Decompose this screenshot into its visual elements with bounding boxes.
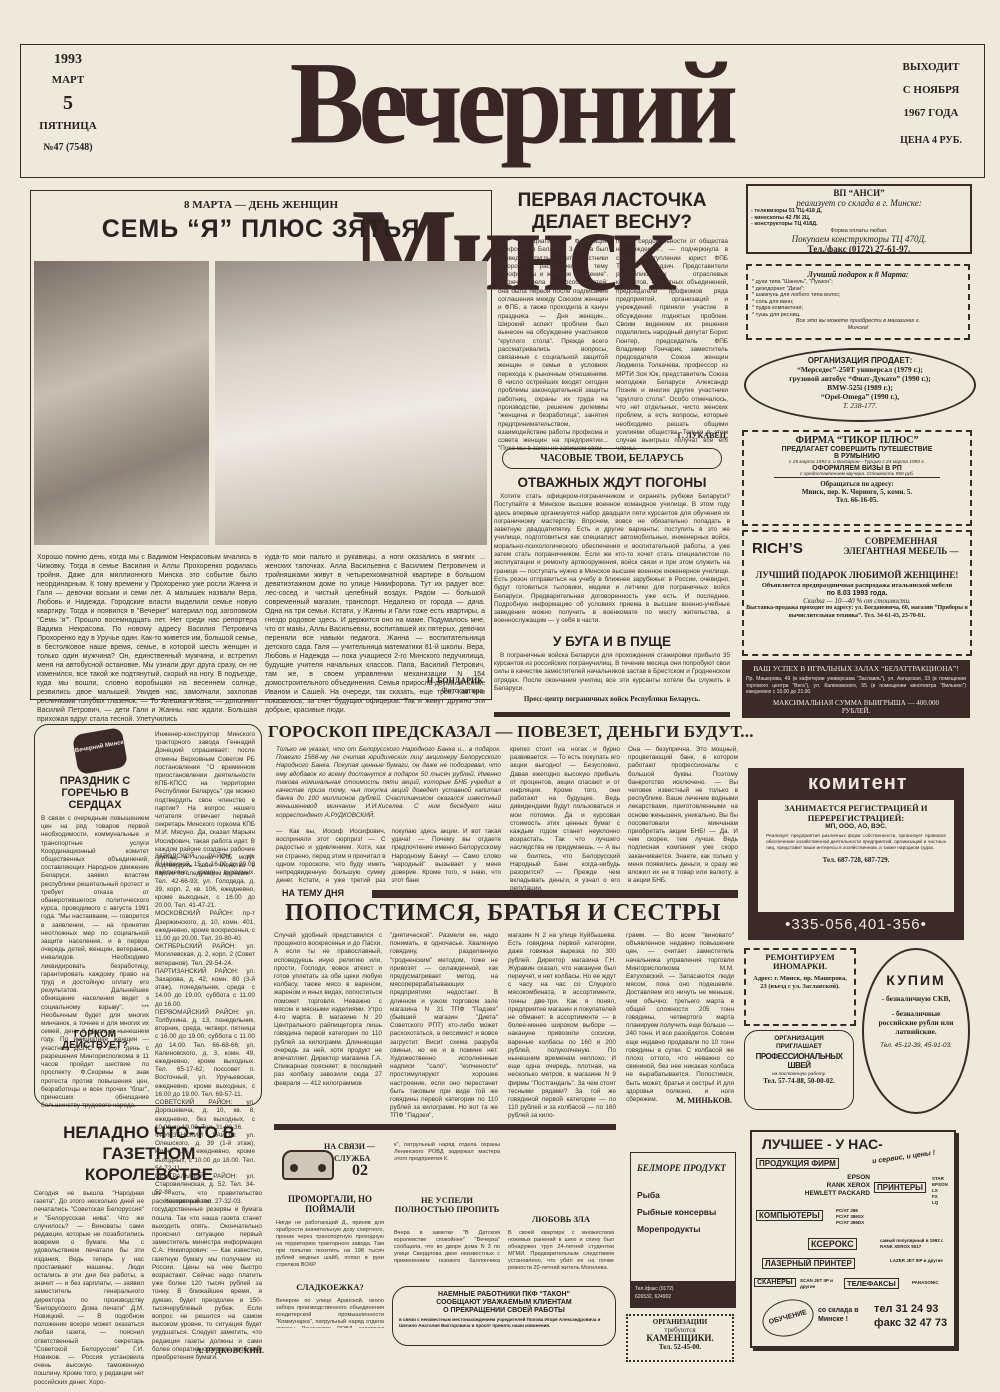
ad-belattraktsion: ВАШ УСПЕХ В ИГРАЛЬНЫХ ЗАЛАХ “БЕЛАТТРАКЦИ…: [742, 660, 970, 718]
horoscope-story: ГОРОСКОП ПРЕДСКАЗАЛ — ПОВЕЗЕТ, ДЕНЬГИ БУ…: [268, 722, 738, 882]
bug-headline: У БУГА И В ПУЩЕ: [494, 634, 730, 649]
newspaper-story: НЕЛАДНО ЧТО-ТО В ГАЗЕТНОМ КОРОЛЕВСТВЕ Се…: [34, 1122, 264, 1392]
mother-children-photo: [34, 261, 209, 545]
horoscope-col-1: — Как вы, Иосиф Иосифович, восприняли эт…: [276, 828, 501, 885]
ad-belmore: БЕЛМОРЕ ПРОДУКТ Рыба Рыбные консервы Мор…: [630, 1152, 736, 1308]
komitent-phone-big: •335-056,401-356•: [748, 916, 964, 933]
lead-story: 8 МАРТА — ДЕНЬ ЖЕНЩИН СЕМЬ “Я” ПЛЮС ЗЯТЬ…: [30, 190, 492, 700]
holiday-body: В связи с очередным повышением цен на ря…: [41, 815, 149, 1110]
swallow-author: Г. ЛУКАВЕЦ.: [678, 431, 729, 440]
lead-author: Н. БОНДАРИК.: [427, 676, 485, 685]
komitent-logo: комитент: [808, 772, 908, 795]
ad-best: ЛУЧШЕЕ - У НАС- и сервис, и цены ! ПРОДУ…: [750, 1130, 956, 1348]
training-badge: ОБУЧЕНИЕ: [758, 1294, 818, 1342]
divider-bar: [494, 712, 730, 717]
swallow-story: ПЕРВАЯ ЛАСТОЧКА ДЕЛАЕТ ВЕСНУ? По инициат…: [494, 186, 730, 446]
newspaper-col-2: шо хоть, что правительство расконсервиро…: [152, 1190, 262, 1362]
takon-notice: НАЕМНЫЕ РАБОТНИКИ ПКФ “ТАКОН” СООБЩАЮТ У…: [392, 1286, 616, 1346]
border-rubric: ЧАСОВЫЕ ТВОИ, БЕЛАРУСЬ: [502, 448, 722, 469]
lead-col-1: Хорошо помню день, когда мы с Вадимом Не…: [37, 553, 257, 724]
border-body: Хотите стать офицером-пограничником и ох…: [494, 493, 730, 626]
horoscope-lead: Только не указал, что от Белорусского На…: [276, 746, 501, 820]
ad-richs: RICH’S СОВРЕМЕННАЯ ЭЛЕГАНТНАЯ МЕБЕЛЬ — Л…: [742, 530, 972, 656]
lead-headline: СЕМЬ “Я” ПЛЮС ЗЯТЬЯ: [31, 215, 491, 244]
snow-family-photo: [215, 261, 487, 545]
swallow-headline-1: ПЕРВАЯ ЛАСТОЧКА: [494, 190, 730, 212]
photo-credit: Фото автора.: [441, 686, 485, 695]
newspaper-col-1: Сегодня не вышла "Народная газета". До э…: [34, 1190, 144, 1387]
border-author: Пресс-центр пограничных войск Республики…: [494, 695, 730, 703]
police-car-icon: [282, 1150, 334, 1180]
weekday: ПЯТНИЦА: [39, 118, 97, 135]
newspaper-author: А. РУДКОВСКИЙ.: [196, 1346, 264, 1355]
products-label: ПРОДУКЦИЯ ФИРМ: [756, 1158, 839, 1169]
border-headline: ОТВАЖНЫХ ЖДУТ ПОГОНЫ: [494, 475, 730, 490]
month: МАРТ: [39, 72, 97, 89]
fasting-story: НА ТЕМУ ДНЯ ПОПОСТИМСЯ, БРАТЬЯ И СЕСТРЫ …: [268, 888, 738, 1108]
holiday-story: Вечерний Минск ПРАЗДНИК С ГОРЕЧЬЮ В СЕРД…: [34, 724, 262, 1106]
fasting-col-3: магазин N 2 на улице Куйбышева. Есть гов…: [508, 932, 616, 1121]
lead-kicker: 8 МАРТА — ДЕНЬ ЖЕНЩИН: [31, 199, 491, 211]
horoscope-col-2: крепко стоит на ногах и бурно развиваетс…: [510, 746, 620, 894]
horoscope-headline: ГОРОСКОП ПРЕДСКАЗАЛ — ПОВЕЗЕТ, ДЕНЬГИ БУ…: [268, 722, 738, 742]
masthead-date: 1993 МАРТ 5 ПЯТНИЦА №47 (7548): [39, 51, 97, 156]
ad-komitent: комитент ЗАНИМАЕТСЯ РЕГИСТРАЦИЕЙ И ПЕРЕР…: [748, 768, 964, 940]
newspaper-headline: НЕЛАДНО ЧТО-ТО В ГАЗЕТНОМ КОРОЛЕВСТВЕ: [34, 1122, 264, 1185]
holiday-headline: ПРАЗДНИК С ГОРЕЧЬЮ В СЕРДЦАХ: [41, 775, 149, 811]
ad-repair: РЕМОНТИРУЕМ ИНОМАРКИ. Адрес: г. Минск, п…: [744, 948, 856, 1026]
year: 1993: [39, 51, 97, 68]
ad-tikor: ФИРМА “ТИКОР ПЛЮС” ПРЕДЛАГАЕТ СОВЕРШИТЬ …: [742, 430, 972, 526]
belmore-logo: БЕЛМОРЕ ПРОДУКТ: [637, 1163, 729, 1173]
fasting-col-4: грамм. — Во всем "виновато" объявленное …: [626, 932, 734, 1104]
ad-kupim: КУПИМ - безналичную СКВ, - безналичные р…: [862, 948, 970, 1114]
swallow-col-1: По инициативе Федерации профсоюзов Белар…: [498, 238, 608, 454]
swallow-headline-2: ДЕЛАЕТ ВЕСНУ?: [494, 212, 730, 234]
ad-gift: Лучший подарок к 8 Марта: * духи типа "Ш…: [746, 264, 970, 340]
richs-logo: RICH’S: [752, 540, 803, 557]
price: ЦЕНА 4 РУБ.: [887, 132, 975, 149]
issue-number: №47 (7548): [39, 139, 97, 156]
ad-ansi: ВП “АНСИ” реализует со склада в г. Минск…: [746, 184, 972, 254]
fasting-author: М. МИНЬКОВ.: [676, 1096, 732, 1105]
masthead-since: ВЫХОДИТ С НОЯБРЯ 1967 ГОДА ЦЕНА 4 РУБ.: [887, 59, 975, 149]
bug-body: В пограничные войска Беларуси для прохож…: [494, 652, 730, 693]
masthead: 1993 МАРТ 5 ПЯТНИЦА №47 (7548) Вечерний …: [20, 44, 985, 178]
police-section: НА СВЯЗИ — СЛУЖБА 02 ПРОМОРГАЛИ, НО ПОЙМ…: [276, 1134, 616, 1384]
fasting-col-1: Случай удобный представился с прощеного …: [274, 932, 382, 1088]
ad-sewers: ОРГАНИЗАЦИЯ ПРИГЛАШАЕТ ПРОФЕССИОНАЛЬНЫХ …: [744, 1030, 854, 1110]
vm-logo: Вечерний Минск: [72, 727, 128, 775]
rubric-bar: [372, 890, 738, 898]
day: 5: [39, 95, 97, 112]
border-section: ЧАСОВЫЕ ТВОИ, БЕЛАРУСЬ ОТВАЖНЫХ ЖДУТ ПОГ…: [494, 448, 730, 710]
fasting-col-2: "диетической". Размели ее, надо понимать…: [390, 932, 498, 1121]
ad-cars: ОРГАНИЗАЦИЯ ПРОДАЕТ: “Мерседес”-250Т уни…: [744, 348, 976, 422]
horoscope-col-3: Она — безупречна. Это мощный, процветающ…: [628, 746, 738, 885]
gorkom-headline: ГОРКОМ ДЕЙСТВУЕТ?: [41, 1029, 149, 1051]
swallow-col-2: права, сердобольности от общества не дож…: [616, 238, 728, 454]
divider-bar-2: [274, 1124, 616, 1130]
fasting-headline: ПОПОСТИМСЯ, БРАТЬЯ И СЕСТРЫ: [268, 900, 738, 927]
ad-masons: ОРГАНИЗАЦИИ требуются КАМЕНЩИКИ. Тел. 52…: [626, 1314, 734, 1362]
